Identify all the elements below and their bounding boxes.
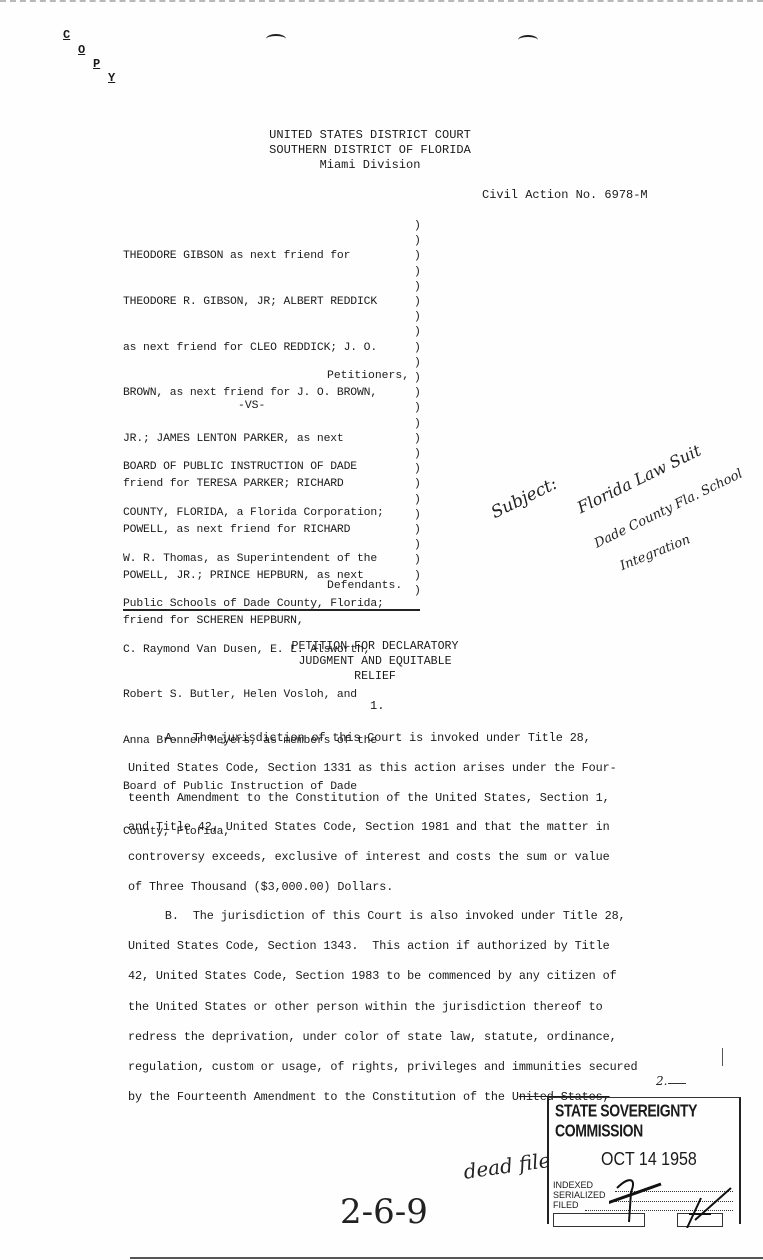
stamp-field-serialized: SERIALIZED: [553, 1190, 606, 1200]
paragraph-b-line: United States Code, Section 1343. This a…: [128, 939, 610, 953]
paragraph-a-line: of Three Thousand ($3,000.00) Dollars.: [128, 880, 393, 894]
stamp-initials-scribble: [609, 1158, 739, 1228]
stamp-field-indexed: INDEXED: [553, 1180, 593, 1190]
page-mark-dash: [668, 1083, 686, 1084]
stamp-field-filed: FILED: [553, 1200, 579, 1210]
handwritten-subject-prefix: Subject:: [488, 474, 560, 523]
petitioner-line: THEODORE R. GIBSON, JR; ALBERT REDDICK: [123, 295, 377, 310]
handwritten-subject-line3: Integration: [618, 532, 693, 574]
stamp-title: STATE SOVEREIGNTY COMMISSION: [555, 1100, 739, 1140]
versus-label: -VS-: [238, 400, 265, 412]
paragraph-a-line: A. The jurisdiction of this Court is inv…: [130, 731, 591, 745]
paragraph-b-line: redress the deprivation, under color of …: [128, 1030, 617, 1044]
paragraph-b-line: the United States or other person within…: [128, 1000, 603, 1014]
handwritten-note: dead file: [462, 1148, 552, 1184]
petition-title: PETITION FOR DECLARATORY JUDGMENT AND EQ…: [270, 639, 480, 684]
paragraph-a-line: controversy exceeds, exclusive of intere…: [128, 850, 610, 864]
page-top-edge: [0, 0, 763, 2]
paragraph-a-line: United States Code, Section 1331 as this…: [128, 761, 617, 775]
paragraph-b-last-text: by the Fourteenth Amendment to the Const…: [128, 1090, 519, 1104]
court-division: Miami Division: [250, 158, 490, 173]
section-number: 1.: [370, 699, 384, 713]
paragraph-b-line: regulation, custom or usage, of rights, …: [128, 1060, 638, 1074]
paragraph-a-line: teenth Amendment to the Constitution of …: [128, 791, 610, 805]
sovereignty-commission-stamp: STATE SOVEREIGNTY COMMISSION OCT 14 1958…: [547, 1097, 741, 1224]
stray-mark: [722, 1048, 723, 1066]
court-name: UNITED STATES DISTRICT COURT: [250, 128, 490, 143]
punch-hole-mark: [518, 35, 538, 45]
court-header: UNITED STATES DISTRICT COURT SOUTHERN DI…: [250, 128, 490, 173]
caption-underline: [123, 609, 420, 611]
copy-mark-p: P: [93, 57, 100, 71]
punch-hole-mark: [266, 34, 286, 44]
defendant-line: W. R. Thomas, as Superintendent of the: [123, 552, 384, 567]
paragraph-b-line: B. The jurisdiction of this Court is als…: [130, 909, 626, 923]
defendant-line: COUNTY, FLORIDA, a Florida Corporation;: [123, 506, 384, 521]
copy-mark-o: O: [78, 43, 85, 57]
petition-title-line2: JUDGMENT AND EQUITABLE: [270, 654, 480, 669]
copy-mark-c: C: [63, 28, 70, 42]
court-district: SOUTHERN DISTRICT OF FLORIDA: [250, 143, 490, 158]
page-continuation-mark: 2.: [656, 1074, 667, 1088]
defendant-line: BOARD OF PUBLIC INSTRUCTION OF DADE: [123, 460, 384, 475]
caption-paren-column: ) ) ) ) ) ) ) ) ) ) ) ) ) ) ) ) ) ) ) ) …: [414, 219, 421, 599]
petition-title-line1: PETITION FOR DECLARATORY: [270, 639, 480, 654]
page-bottom-edge: [130, 1257, 763, 1259]
paragraph-a-line: and Title 42, United States Code, Sectio…: [128, 820, 610, 834]
defendant-line: Robert S. Butler, Helen Vosloh, and: [123, 688, 384, 703]
petitioners-label: Petitioners,: [327, 370, 409, 382]
petitioner-line: as next friend for CLEO REDDICK; J. O.: [123, 341, 377, 356]
petition-title-line3: RELIEF: [270, 669, 480, 684]
petitioner-line: THEODORE GIBSON as next friend for: [123, 249, 377, 264]
handwritten-file-number: 2-6-9: [340, 1192, 428, 1232]
civil-action-number: Civil Action No. 6978-M: [482, 188, 648, 202]
defendants-label: Defendants.: [327, 580, 402, 592]
paragraph-b-line: 42, United States Code, Section 1983 to …: [128, 969, 617, 983]
paragraph-b-last-line: by the Fourteenth Amendment to the Const…: [128, 1090, 610, 1104]
copy-mark-y: Y: [108, 71, 115, 85]
